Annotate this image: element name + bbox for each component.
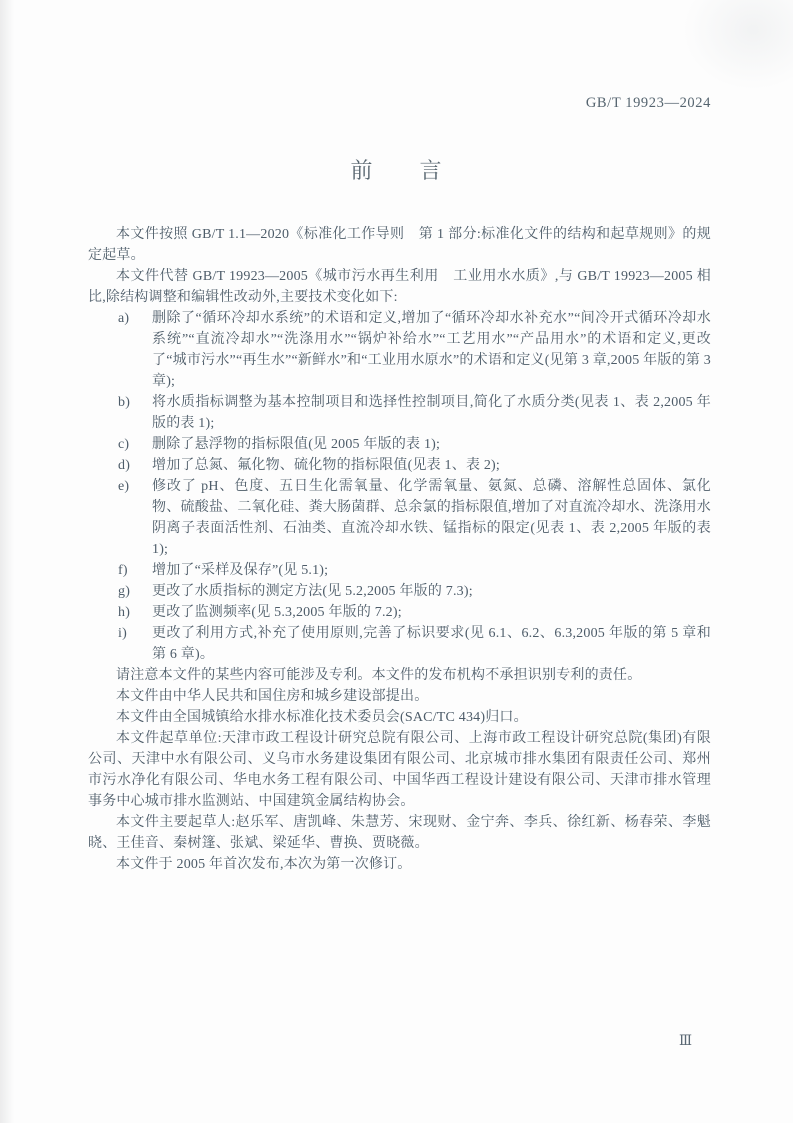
change-item-label: d) [118, 455, 152, 476]
change-item-text: 更改了监测频率(见 5.3,2005 年版的 7.2); [152, 602, 711, 623]
paragraph-publication-history: 本文件于 2005 年首次发布,本次为第一次修订。 [88, 854, 711, 875]
paragraph-main-drafters: 本文件主要起草人:赵乐军、唐凯峰、朱慧芳、宋现财、金宁奔、李兵、徐红新、杨春荣、… [88, 812, 711, 854]
change-item-g: g) 更改了水质指标的测定方法(见 5.2,2005 年版的 7.3); [88, 581, 711, 602]
change-item-c: c) 删除了悬浮物的指标限值(见 2005 年版的表 1); [88, 434, 711, 455]
change-item-text: 删除了悬浮物的指标限值(见 2005 年版的表 1); [152, 434, 711, 455]
change-item-text: 将水质指标调整为基本控制项目和选择性控制项目,简化了水质分类(见表 1、表 2,… [152, 392, 711, 434]
change-item-label: i) [118, 623, 152, 665]
page-number: Ⅲ [679, 1033, 692, 1049]
change-item-d: d) 增加了总氮、氟化物、硫化物的指标限值(见表 1、表 2); [88, 455, 711, 476]
standard-document-page: GB/T 19923—2024 前 言 本文件按照 GB/T 1.1—2020《… [0, 0, 793, 1123]
scan-smudge [683, 0, 793, 90]
change-item-b: b) 将水质指标调整为基本控制项目和选择性控制项目,简化了水质分类(见表 1、表… [88, 392, 711, 434]
paragraph-replacement: 本文件代替 GB/T 19923—2005《城市污水再生利用 工业用水水质》,与… [88, 266, 711, 308]
change-item-label: a) [118, 308, 152, 392]
change-item-text: 增加了总氮、氟化物、硫化物的指标限值(见表 1、表 2); [152, 455, 711, 476]
change-item-text: 更改了利用方式,补充了使用原则,完善了标识要求(见 6.1、6.2、6.3,20… [152, 623, 711, 665]
change-item-text: 更改了水质指标的测定方法(见 5.2,2005 年版的 7.3); [152, 581, 711, 602]
paragraph-proposed-by: 本文件由中华人民共和国住房和城乡建设部提出。 [88, 686, 711, 707]
paragraph-drafting-basis: 本文件按照 GB/T 1.1—2020《标准化工作导则 第 1 部分:标准化文件… [88, 224, 711, 266]
change-item-label: h) [118, 602, 152, 623]
change-item-text: 删除了“循环冷却水系统”的术语和定义,增加了“循环冷却水补充水”“间冷开式循环冷… [152, 308, 711, 392]
change-item-h: h) 更改了监测频率(见 5.3,2005 年版的 7.2); [88, 602, 711, 623]
change-item-text: 修改了 pH、色度、五日生化需氧量、化学需氧量、氨氮、总磷、溶解性总固体、氯化物… [152, 476, 711, 560]
change-item-f: f) 增加了“采样及保存”(见 5.1); [88, 560, 711, 581]
paragraph-centralized-by: 本文件由全国城镇给水排水标准化技术委员会(SAC/TC 434)归口。 [88, 707, 711, 728]
change-item-label: b) [118, 392, 152, 434]
change-item-i: i) 更改了利用方式,补充了使用原则,完善了标识要求(见 6.1、6.2、6.3… [88, 623, 711, 665]
change-item-a: a) 删除了“循环冷却水系统”的术语和定义,增加了“循环冷却水补充水”“间冷开式… [88, 308, 711, 392]
paragraph-patent-notice: 请注意本文件的某些内容可能涉及专利。本文件的发布机构不承担识别专利的责任。 [88, 665, 711, 686]
change-item-e: e) 修改了 pH、色度、五日生化需氧量、化学需氧量、氨氮、总磷、溶解性总固体、… [88, 476, 711, 560]
change-item-label: f) [118, 560, 152, 581]
change-item-label: e) [118, 476, 152, 560]
change-item-label: g) [118, 581, 152, 602]
change-item-label: c) [118, 434, 152, 455]
foreword-content: 本文件按照 GB/T 1.1—2020《标准化工作导则 第 1 部分:标准化文件… [88, 224, 711, 875]
paragraph-drafting-organizations: 本文件起草单位:天津市政工程设计研究总院有限公司、上海市政工程设计研究总院(集团… [88, 728, 711, 812]
page-title: 前 言 [0, 154, 793, 185]
change-item-text: 增加了“采样及保存”(见 5.1); [152, 560, 711, 581]
standard-number: GB/T 19923—2024 [586, 95, 711, 112]
